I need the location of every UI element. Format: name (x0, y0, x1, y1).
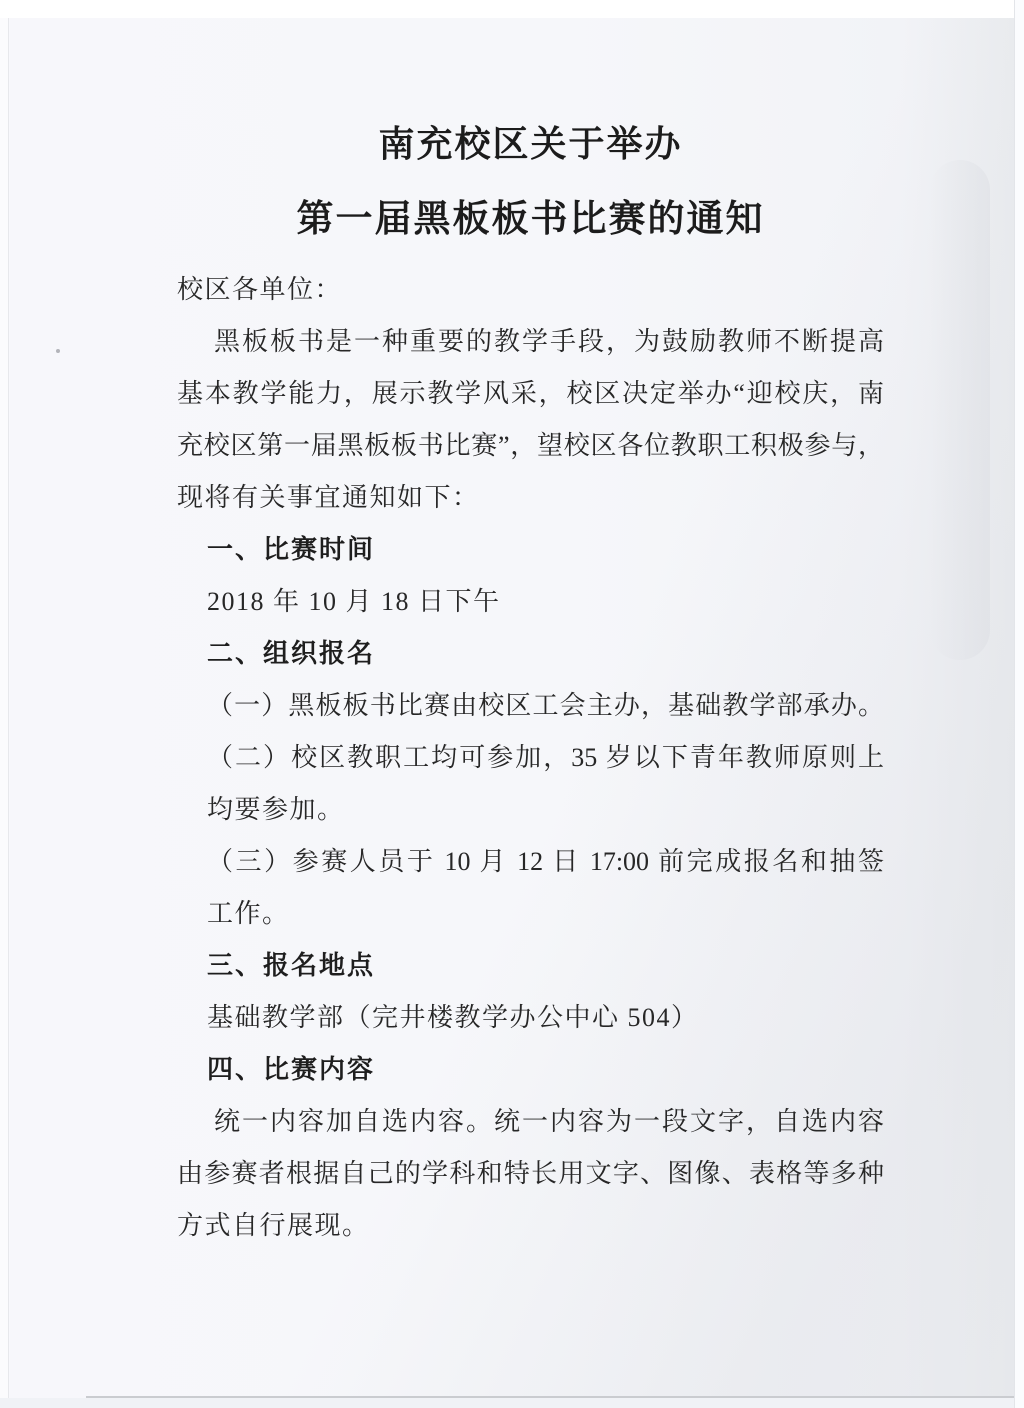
section-2-item-1: （一）黑板板书比赛由校区工会主办，基础教学部承办。 (207, 680, 884, 732)
intro-paragraph-line-2: 基本教学能力，展示教学风采，校区决定举办“迎校庆，南 (177, 368, 884, 420)
scanner-right-edge (1014, 0, 1024, 1408)
notice-title-line-2: 第一届黑板板书比赛的通知 (177, 198, 884, 242)
salutation-line: 校区各单位： (177, 264, 884, 316)
scan-speck-artifact (56, 349, 60, 353)
section-1-heading: 一、比赛时间 (207, 524, 884, 576)
section-2-item-2-line-2: 均要参加。 (207, 784, 884, 836)
section-4-paragraph-line-2: 由参赛者根据自己的学科和特长用文字、图像、表格等多种 (177, 1148, 884, 1200)
section-2-item-3-line-2: 工作。 (207, 888, 884, 940)
section-2-item-2-line-1: （二）校区教职工均可参加，35 岁以下青年教师原则上 (207, 732, 884, 784)
section-2-heading: 二、组织报名 (207, 628, 884, 680)
competition-date-line: 2018 年 10 月 18 日下午 (207, 576, 884, 628)
intro-paragraph-line-3: 充校区第一届黑板板书比赛”，望校区各位教职工积极参与， (177, 420, 884, 472)
section-3-heading: 三、报名地点 (207, 940, 884, 992)
notice-title-line-1: 南充校区关于举办 (177, 122, 884, 166)
notice-body: 校区各单位： 黑板板书是一种重要的教学手段，为鼓励教师不断提高 基本教学能力，展… (177, 264, 884, 1252)
section-2-item-3-line-1: （三）参赛人员于 10 月 12 日 17:00 前完成报名和抽签 (207, 836, 884, 888)
scanned-document-page: 南充校区关于举办 第一届黑板板书比赛的通知 校区各单位： 黑板板书是一种重要的教… (0, 0, 1024, 1408)
section-4-paragraph-line-3: 方式自行展现。 (177, 1200, 884, 1252)
section-4-heading: 四、比赛内容 (207, 1044, 884, 1096)
section-4-paragraph-line-1: 统一内容加自选内容。统一内容为一段文字，自选内容 (177, 1096, 884, 1148)
intro-paragraph-line-4: 现将有关事宜通知如下： (177, 472, 884, 524)
scan-shadow-artifact (930, 160, 990, 660)
paper-left-edge (8, 18, 9, 1400)
notice-content: 南充校区关于举办 第一届黑板板书比赛的通知 校区各单位： 黑板板书是一种重要的教… (177, 0, 884, 1252)
intro-paragraph-line-1: 黑板板书是一种重要的教学手段，为鼓励教师不断提高 (177, 316, 884, 368)
scanner-bottom-edge (0, 1398, 1024, 1408)
registration-location-line: 基础教学部（完井楼教学办公中心 504） (207, 992, 884, 1044)
